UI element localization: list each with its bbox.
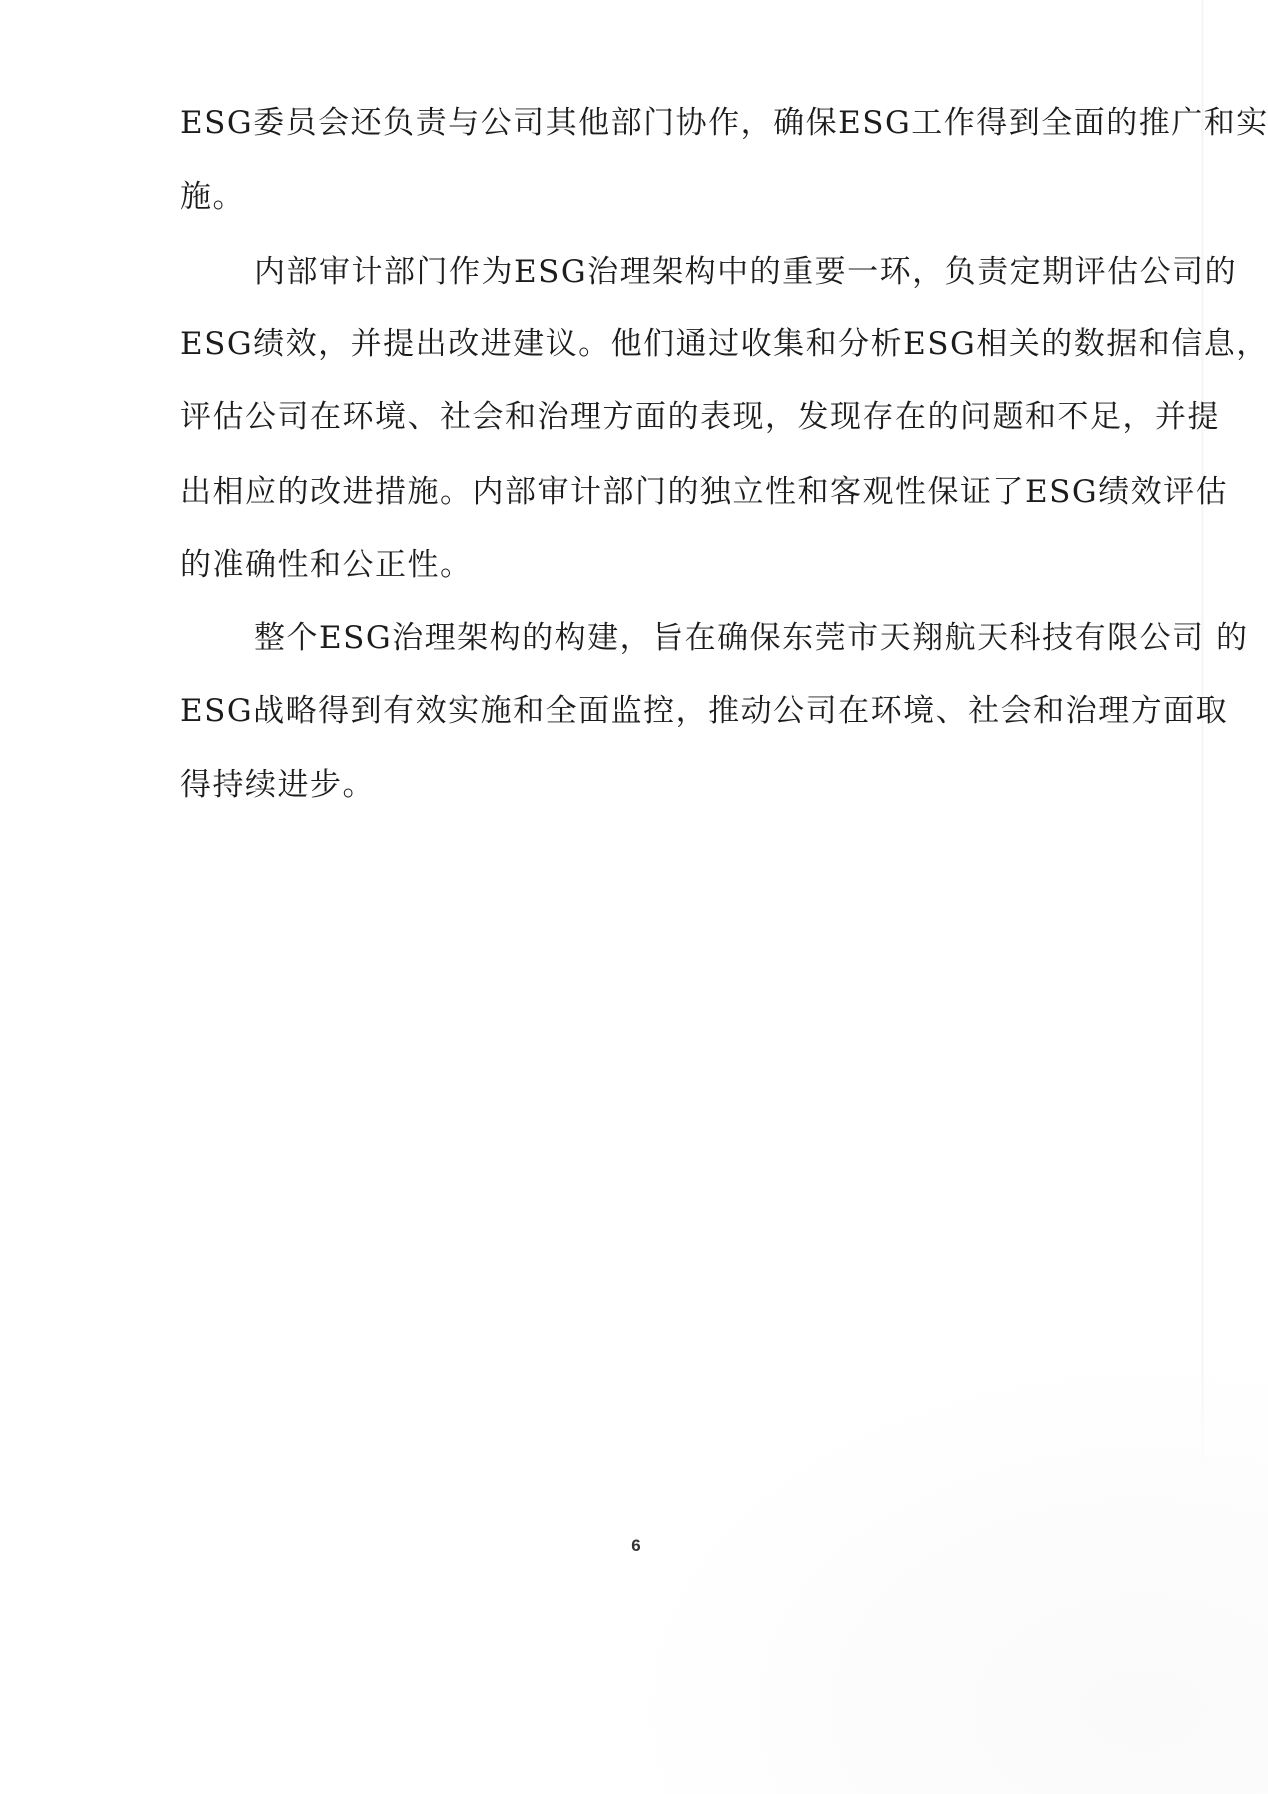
paragraph-2-line-5: 的准确性和公正性。 xyxy=(180,545,473,585)
paragraph-2-line-3: 评估公司在环境、社会和治理方面的表现，发现存在的问题和不足，并提 xyxy=(180,397,1220,437)
paragraph-3-line-1: 整个ESG治理架构的构建，旨在确保东莞市天翔航天科技有限公司 的 xyxy=(254,618,1248,658)
page-corner-shading xyxy=(648,1374,1268,1794)
document-page: ESG委员会还负责与公司其他部门协作，确保ESG工作得到全面的推广和实 施。 内… xyxy=(0,0,1268,1794)
paragraph-2-line-2: ESG绩效，并提出改进建议。他们通过收集和分析ESG相关的数据和信息， xyxy=(180,324,1268,364)
paragraph-3-line-2: ESG战略得到有效实施和全面监控，推动公司在环境、社会和治理方面取 xyxy=(180,691,1228,731)
paragraph-2-line-4: 出相应的改进措施。内部审计部门的独立性和客观性保证了ESG绩效评估 xyxy=(180,472,1228,512)
paragraph-1-line-1: ESG委员会还负责与公司其他部门协作，确保ESG工作得到全面的推广和实 xyxy=(180,103,1268,143)
paragraph-1-line-2: 施。 xyxy=(180,177,245,217)
paragraph-3-line-3: 得持续进步。 xyxy=(180,765,375,805)
paragraph-2-line-1: 内部审计部门作为ESG治理架构中的重要一环，负责定期评估公司的 xyxy=(254,252,1237,292)
page-number: 6 xyxy=(626,1536,646,1556)
